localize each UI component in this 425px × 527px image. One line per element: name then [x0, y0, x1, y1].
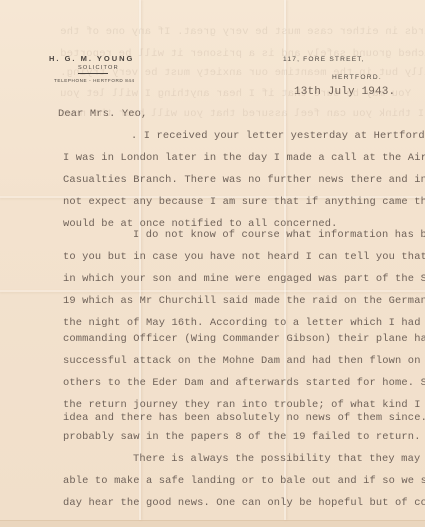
body-line: in which your son and mine were engaged …	[63, 273, 425, 285]
body-line: to you but in case you have not heard I …	[63, 251, 425, 263]
body-line: There is always the possibility that the…	[133, 453, 425, 465]
letter-date: 13th July 1943.	[294, 86, 395, 98]
body-line: day hear the good news. One can only be …	[63, 497, 425, 509]
body-line: not expect any because I am sure that if…	[63, 196, 425, 208]
letterhead-divider	[78, 73, 108, 74]
body-line: able to make a safe landing or to bale o…	[63, 475, 425, 487]
salutation: Dear Mrs. Yeo,	[58, 108, 147, 120]
body-line: . I received your letter yesterday at He…	[131, 130, 425, 142]
letterhead-telephone: TELEPHONE - HERTFORD 844	[54, 78, 135, 83]
letterhead-name: H. G. M. YOUNG	[49, 54, 134, 63]
letterhead-title: SOLICITOR	[78, 65, 119, 71]
letterhead-town: HERTFORD.	[332, 74, 382, 81]
body-line: commanding Officer (Wing Commander Gibso…	[63, 333, 425, 345]
paper-bottom-edge	[0, 520, 425, 527]
body-line: the return journey they ran into trouble…	[63, 399, 425, 411]
body-line: 19 which as Mr Churchill said made the r…	[63, 295, 425, 307]
body-line: I was in London later in the day I made …	[63, 152, 425, 164]
body-line: successful attack on the Mohne Dam and h…	[63, 355, 425, 367]
body-line: Casualties Branch. There was no further …	[63, 174, 425, 186]
bleed-through-line: the hazards in either case must be very …	[60, 26, 425, 38]
body-line: I do not know of course what information…	[133, 229, 425, 241]
body-line: idea and there has been absolutely no ne…	[63, 412, 425, 424]
body-line: probably saw in the papers 8 of the 19 f…	[63, 431, 421, 443]
body-line: the night of May 16th. According to a le…	[63, 317, 425, 329]
fold-crease-lower	[0, 290, 425, 292]
body-line: others to the Eder Dam and afterwards st…	[63, 377, 425, 389]
letterhead-street: 117, FORE STREET,	[283, 56, 365, 63]
